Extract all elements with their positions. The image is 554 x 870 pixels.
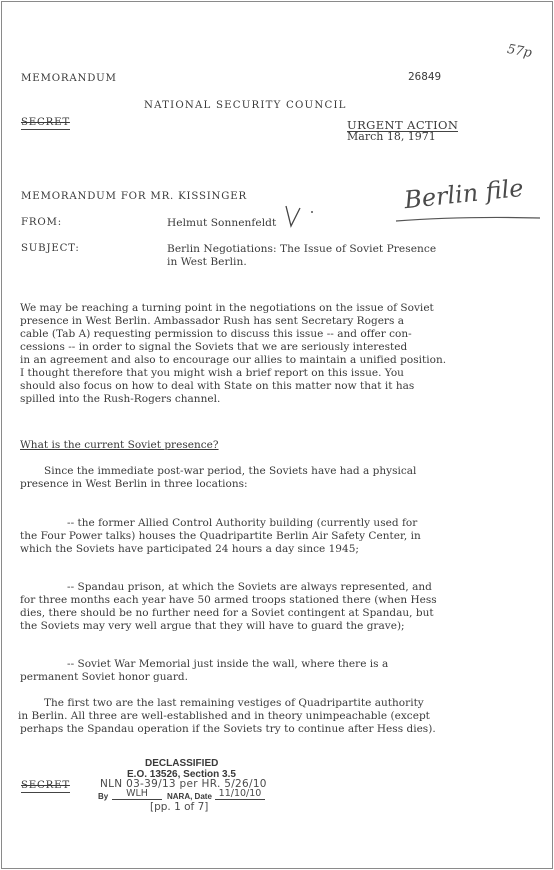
initials-checkmark-icon <box>282 202 322 230</box>
document-number: 26849 <box>408 70 441 83</box>
memo-page: 57p MEMORANDUM 26849 NATIONAL SECURITY C… <box>1 1 553 869</box>
subject-label: SUBJECT: <box>21 243 80 254</box>
intro-line: cessions -- in order to signal the Sovie… <box>20 341 407 353</box>
from-value: Helmut Sonnenfeldt <box>167 217 276 229</box>
by-label: By <box>98 792 108 801</box>
bullet-line: the Soviets may very well argue that the… <box>20 620 405 632</box>
bullet-line: -- the former Allied Control Authority b… <box>67 517 417 529</box>
bullet-line: permanent Soviet honor guard. <box>20 671 188 683</box>
para-line: presence in West Berlin in three locatio… <box>20 478 248 490</box>
closing-line: The first two are the last remaining ves… <box>44 697 424 709</box>
bullet-line: for three months each year have 50 armed… <box>20 594 437 606</box>
closing-line: perhaps the Spandau operation if the Sov… <box>20 723 436 735</box>
page-count-note: [pp. 1 of 7] <box>150 801 208 813</box>
handwritten-underline <box>392 212 542 226</box>
bullet-line: -- Spandau prison, at which the Soviets … <box>67 581 432 593</box>
from-label: FROM: <box>21 217 62 228</box>
nara-label: NARA, Date <box>167 792 212 801</box>
intro-line: should also focus on how to deal with St… <box>20 380 414 392</box>
by-value: WLH <box>112 788 162 800</box>
agency-title: NATIONAL SECURITY COUNCIL <box>144 100 347 111</box>
intro-line: cable (Tab A) requesting permission to d… <box>20 328 412 340</box>
bullet-line: the Four Power talks) houses the Quadrip… <box>20 530 421 542</box>
intro-line: I thought therefore that you might wish … <box>20 367 404 379</box>
intro-line: in an agreement and also to encourage ou… <box>20 354 446 366</box>
memo-date: March 18, 1971 <box>347 131 436 143</box>
intro-line: presence in West Berlin. Ambassador Rush… <box>20 315 404 327</box>
section-heading: What is the current Soviet presence? <box>20 439 219 451</box>
classification-bottom: SECRET <box>21 780 70 793</box>
bullet-line: dies, there should be no further need fo… <box>20 607 434 619</box>
handwritten-berlin-file: Berlin file <box>403 174 525 214</box>
subject-line-1: Berlin Negotiations: The Issue of Soviet… <box>167 243 436 255</box>
para-line: Since the immediate post-war period, the… <box>44 465 416 477</box>
closing-line: in Berlin. All three are well-establishe… <box>18 710 430 722</box>
nara-date: 11/10/10 <box>215 788 265 800</box>
intro-line: We may be reaching a turning point in th… <box>20 302 434 314</box>
subject-line-2: in West Berlin. <box>167 256 247 268</box>
page-mark-handwritten: 57p <box>506 42 533 61</box>
memo-for-line: MEMORANDUM FOR MR. KISSINGER <box>21 191 247 202</box>
memorandum-label: MEMORANDUM <box>21 73 117 84</box>
bullet-line: -- Soviet War Memorial just inside the w… <box>67 658 388 670</box>
intro-line: spilled into the Rush-Rogers channel. <box>20 393 220 405</box>
declassified-label: DECLASSIFIED <box>145 758 218 769</box>
bullet-line: which the Soviets have participated 24 h… <box>20 543 359 555</box>
classification-top: SECRET <box>21 117 70 130</box>
